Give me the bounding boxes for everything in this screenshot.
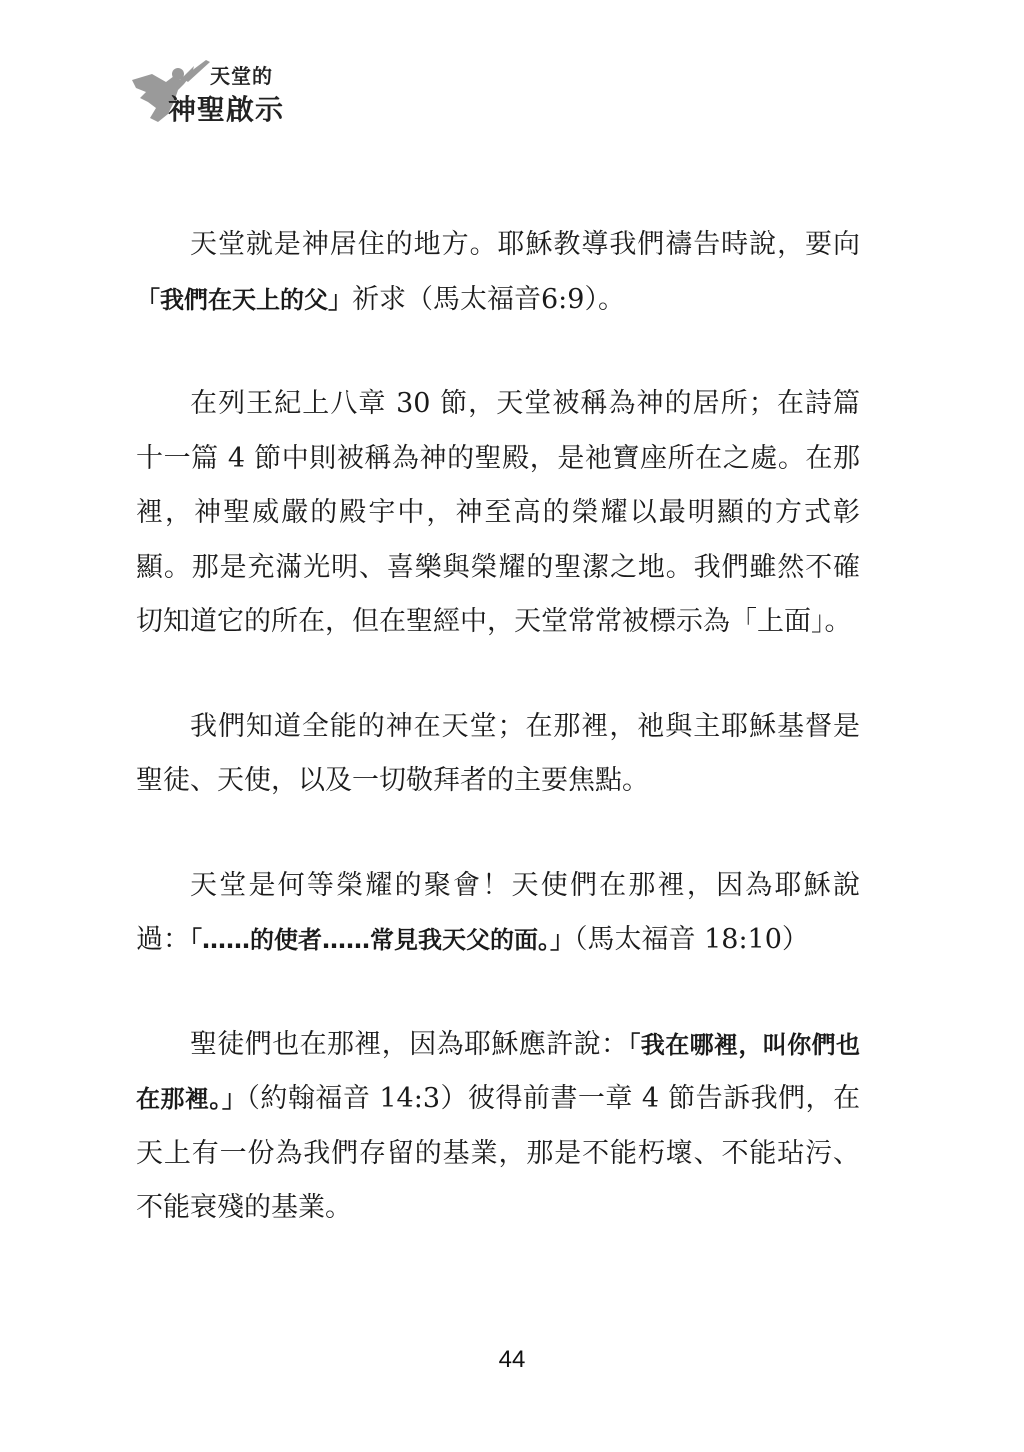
page-body: 天堂就是神居住的地方。耶穌教導我們禱告時說，要向「我們在天上的父」祈求（馬太福音… <box>136 218 860 1286</box>
scripture-quote: 「……的使者……常見我天父的面。」 <box>190 926 574 954</box>
text-segment: 天堂就是神居住的地方。耶穌教導我們禱告時說，要向 <box>190 229 860 260</box>
scripture-quote: 「我們在天上的父」 <box>136 286 352 314</box>
text-segment: （馬太福音 18:10） <box>574 924 809 955</box>
page-number: 44 <box>0 1346 1024 1374</box>
text-segment: 在列王紀上八章 30 節，天堂被稱為神的居所；在詩篇十一篇 4 節中則被稱為神的… <box>136 388 860 637</box>
text-segment: 祈求（馬太福音6:9）。 <box>352 284 625 315</box>
paragraph-1: 天堂就是神居住的地方。耶穌教導我們禱告時說，要向「我們在天上的父」祈求（馬太福音… <box>136 218 860 327</box>
paragraph-3: 我們知道全能的神在天堂；在那裡，祂與主耶穌基督是聖徒、天使，以及一切敬拜者的主要… <box>136 700 860 809</box>
text-segment: 聖徒們也在那裡，因為耶穌應許說： <box>190 1029 628 1060</box>
logo-title-line2: 神聖啟示 <box>168 88 284 128</box>
paragraph-5: 聖徒們也在那裡，因為耶穌應許說：「我在哪裡，叫你們也在那裡。」（約翰福音 14:… <box>136 1018 860 1236</box>
text-segment: 我們知道全能的神在天堂；在那裡，祂與主耶穌基督是聖徒、天使，以及一切敬拜者的主要… <box>136 711 860 797</box>
book-logo: 天堂的 神聖啟示 <box>122 52 302 132</box>
paragraph-2: 在列王紀上八章 30 節，天堂被稱為神的居所；在詩篇十一篇 4 節中則被稱為神的… <box>136 377 860 650</box>
logo-title-line1: 天堂的 <box>210 60 273 89</box>
paragraph-4: 天堂是何等榮耀的聚會！天使們在那裡，因為耶穌說過：「……的使者……常見我天父的面… <box>136 859 860 968</box>
